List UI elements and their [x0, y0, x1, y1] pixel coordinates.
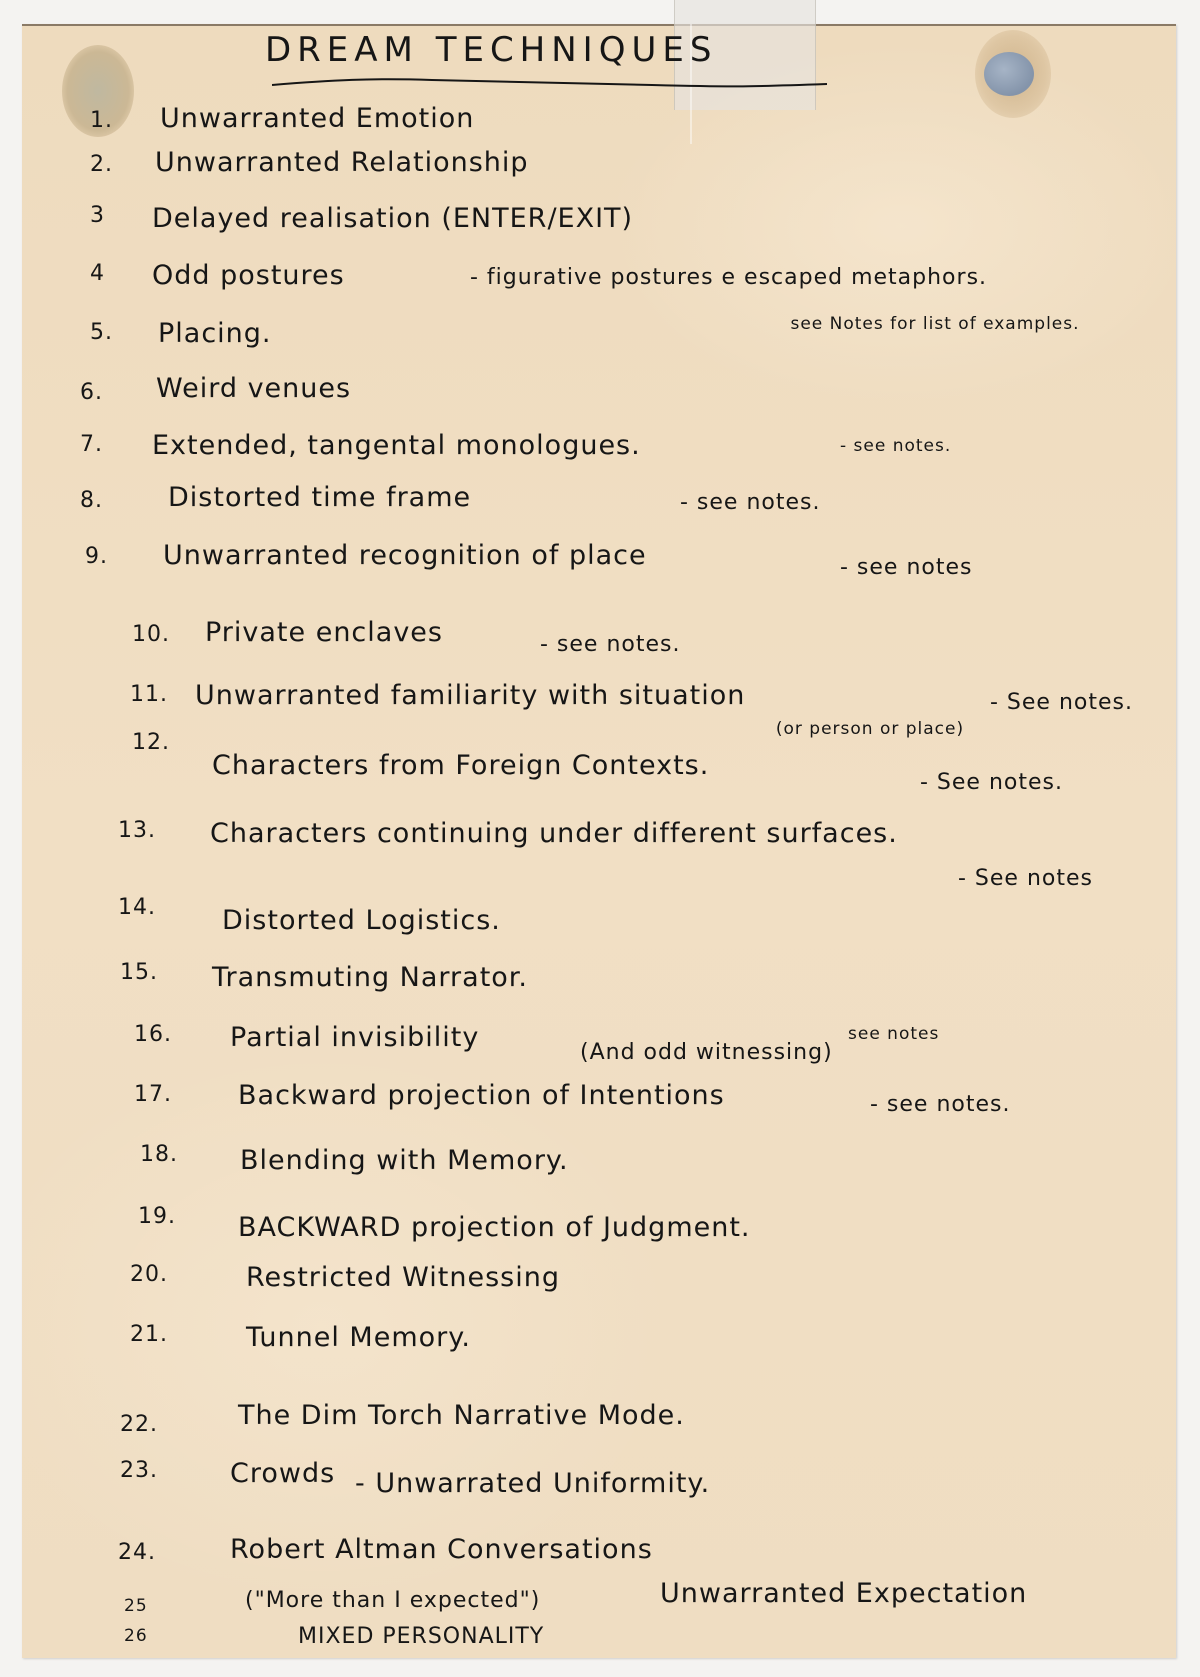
list-item: Weird venues: [156, 373, 351, 404]
item-note: - see notes.: [680, 490, 820, 515]
item-number: 5.: [90, 320, 113, 345]
list-item: The Dim Torch Narrative Mode.: [238, 1400, 685, 1431]
item-number: 6.: [80, 380, 103, 405]
blue-tack-dot: [984, 52, 1034, 96]
item-note: - Unwarrated Uniformity.: [355, 1468, 710, 1499]
item-number: 10.: [132, 622, 170, 647]
item-number: 16.: [134, 1022, 172, 1047]
item-number: 14.: [118, 895, 156, 920]
list-item: Tunnel Memory.: [246, 1322, 471, 1353]
item-number: 4: [90, 261, 105, 286]
item-number: 12.: [132, 730, 170, 755]
list-item: Backward projection of Intentions: [238, 1080, 725, 1111]
list-item: Partial invisibility: [230, 1022, 479, 1053]
item-note: - see notes.: [840, 436, 951, 456]
item-number: 7.: [80, 432, 103, 457]
item-number: 2.: [90, 152, 113, 177]
item-number: 25: [124, 1596, 148, 1616]
item-number: 1.: [90, 108, 113, 133]
item-number: 11.: [130, 682, 168, 707]
item-number: 26: [124, 1626, 148, 1646]
list-item: Crowds: [230, 1458, 335, 1489]
item-number: 8.: [80, 488, 103, 513]
list-item: Characters continuing under different su…: [210, 818, 898, 849]
item-number: 20.: [130, 1262, 168, 1287]
list-item: Transmuting Narrator.: [212, 962, 528, 993]
item-number: 22.: [120, 1412, 158, 1437]
title-underline: [272, 76, 827, 88]
item-note: - See notes.: [920, 770, 1063, 795]
item-note: - See notes: [958, 866, 1093, 891]
item-number: 24.: [118, 1540, 156, 1565]
item-number: 18.: [140, 1142, 178, 1167]
list-item: Delayed realisation (ENTER/EXIT): [152, 203, 633, 234]
list-item: Unwarranted familiarity with situation: [195, 680, 745, 711]
item-note: - See notes.: [990, 690, 1133, 715]
item-note: - see notes.: [870, 1092, 1010, 1117]
item-number: 13.: [118, 818, 156, 843]
item-note: - figurative postures e escaped metaphor…: [470, 265, 987, 290]
item-number: 21.: [130, 1322, 168, 1347]
item-note: Unwarranted Expectation: [660, 1578, 1027, 1609]
list-item: MIXED PERSONALITY: [298, 1624, 544, 1649]
list-item: Placing.: [158, 318, 272, 349]
list-item: ("More than I expected"): [245, 1588, 540, 1613]
item-note: see notes: [848, 1024, 939, 1044]
list-item: Unwarranted recognition of place: [163, 540, 647, 571]
list-item: Odd postures: [152, 260, 345, 291]
list-item: Private enclaves: [205, 617, 443, 648]
item-aside: (And odd witnessing): [580, 1040, 833, 1065]
list-item: Restricted Witnessing: [246, 1262, 560, 1293]
list-item: Robert Altman Conversations: [230, 1534, 653, 1565]
item-number: 17.: [134, 1082, 172, 1107]
list-item: Unwarranted Emotion: [160, 103, 474, 134]
list-item: Extended, tangental monologues.: [152, 430, 641, 461]
item-note: - see notes.: [540, 632, 680, 657]
list-item: Distorted Logistics.: [222, 905, 501, 936]
item-number: 3: [90, 203, 105, 228]
list-item: BACKWARD projection of Judgment.: [238, 1212, 751, 1243]
list-item: Characters from Foreign Contexts.: [212, 750, 709, 781]
list-item: Unwarranted Relationship: [155, 147, 529, 178]
item-number: 19.: [138, 1204, 176, 1229]
list-item: Distorted time frame: [168, 482, 471, 513]
item-number: 9.: [85, 544, 108, 569]
item-subnote: (or person or place): [770, 718, 970, 740]
item-note: - see notes: [840, 555, 972, 580]
page-title: DREAM TECHNIQUES: [265, 30, 717, 70]
item-number: 15.: [120, 960, 158, 985]
item-subnote: see Notes for list of examples.: [790, 313, 1080, 335]
item-number: 23.: [120, 1458, 158, 1483]
list-item: Blending with Memory.: [240, 1145, 569, 1176]
